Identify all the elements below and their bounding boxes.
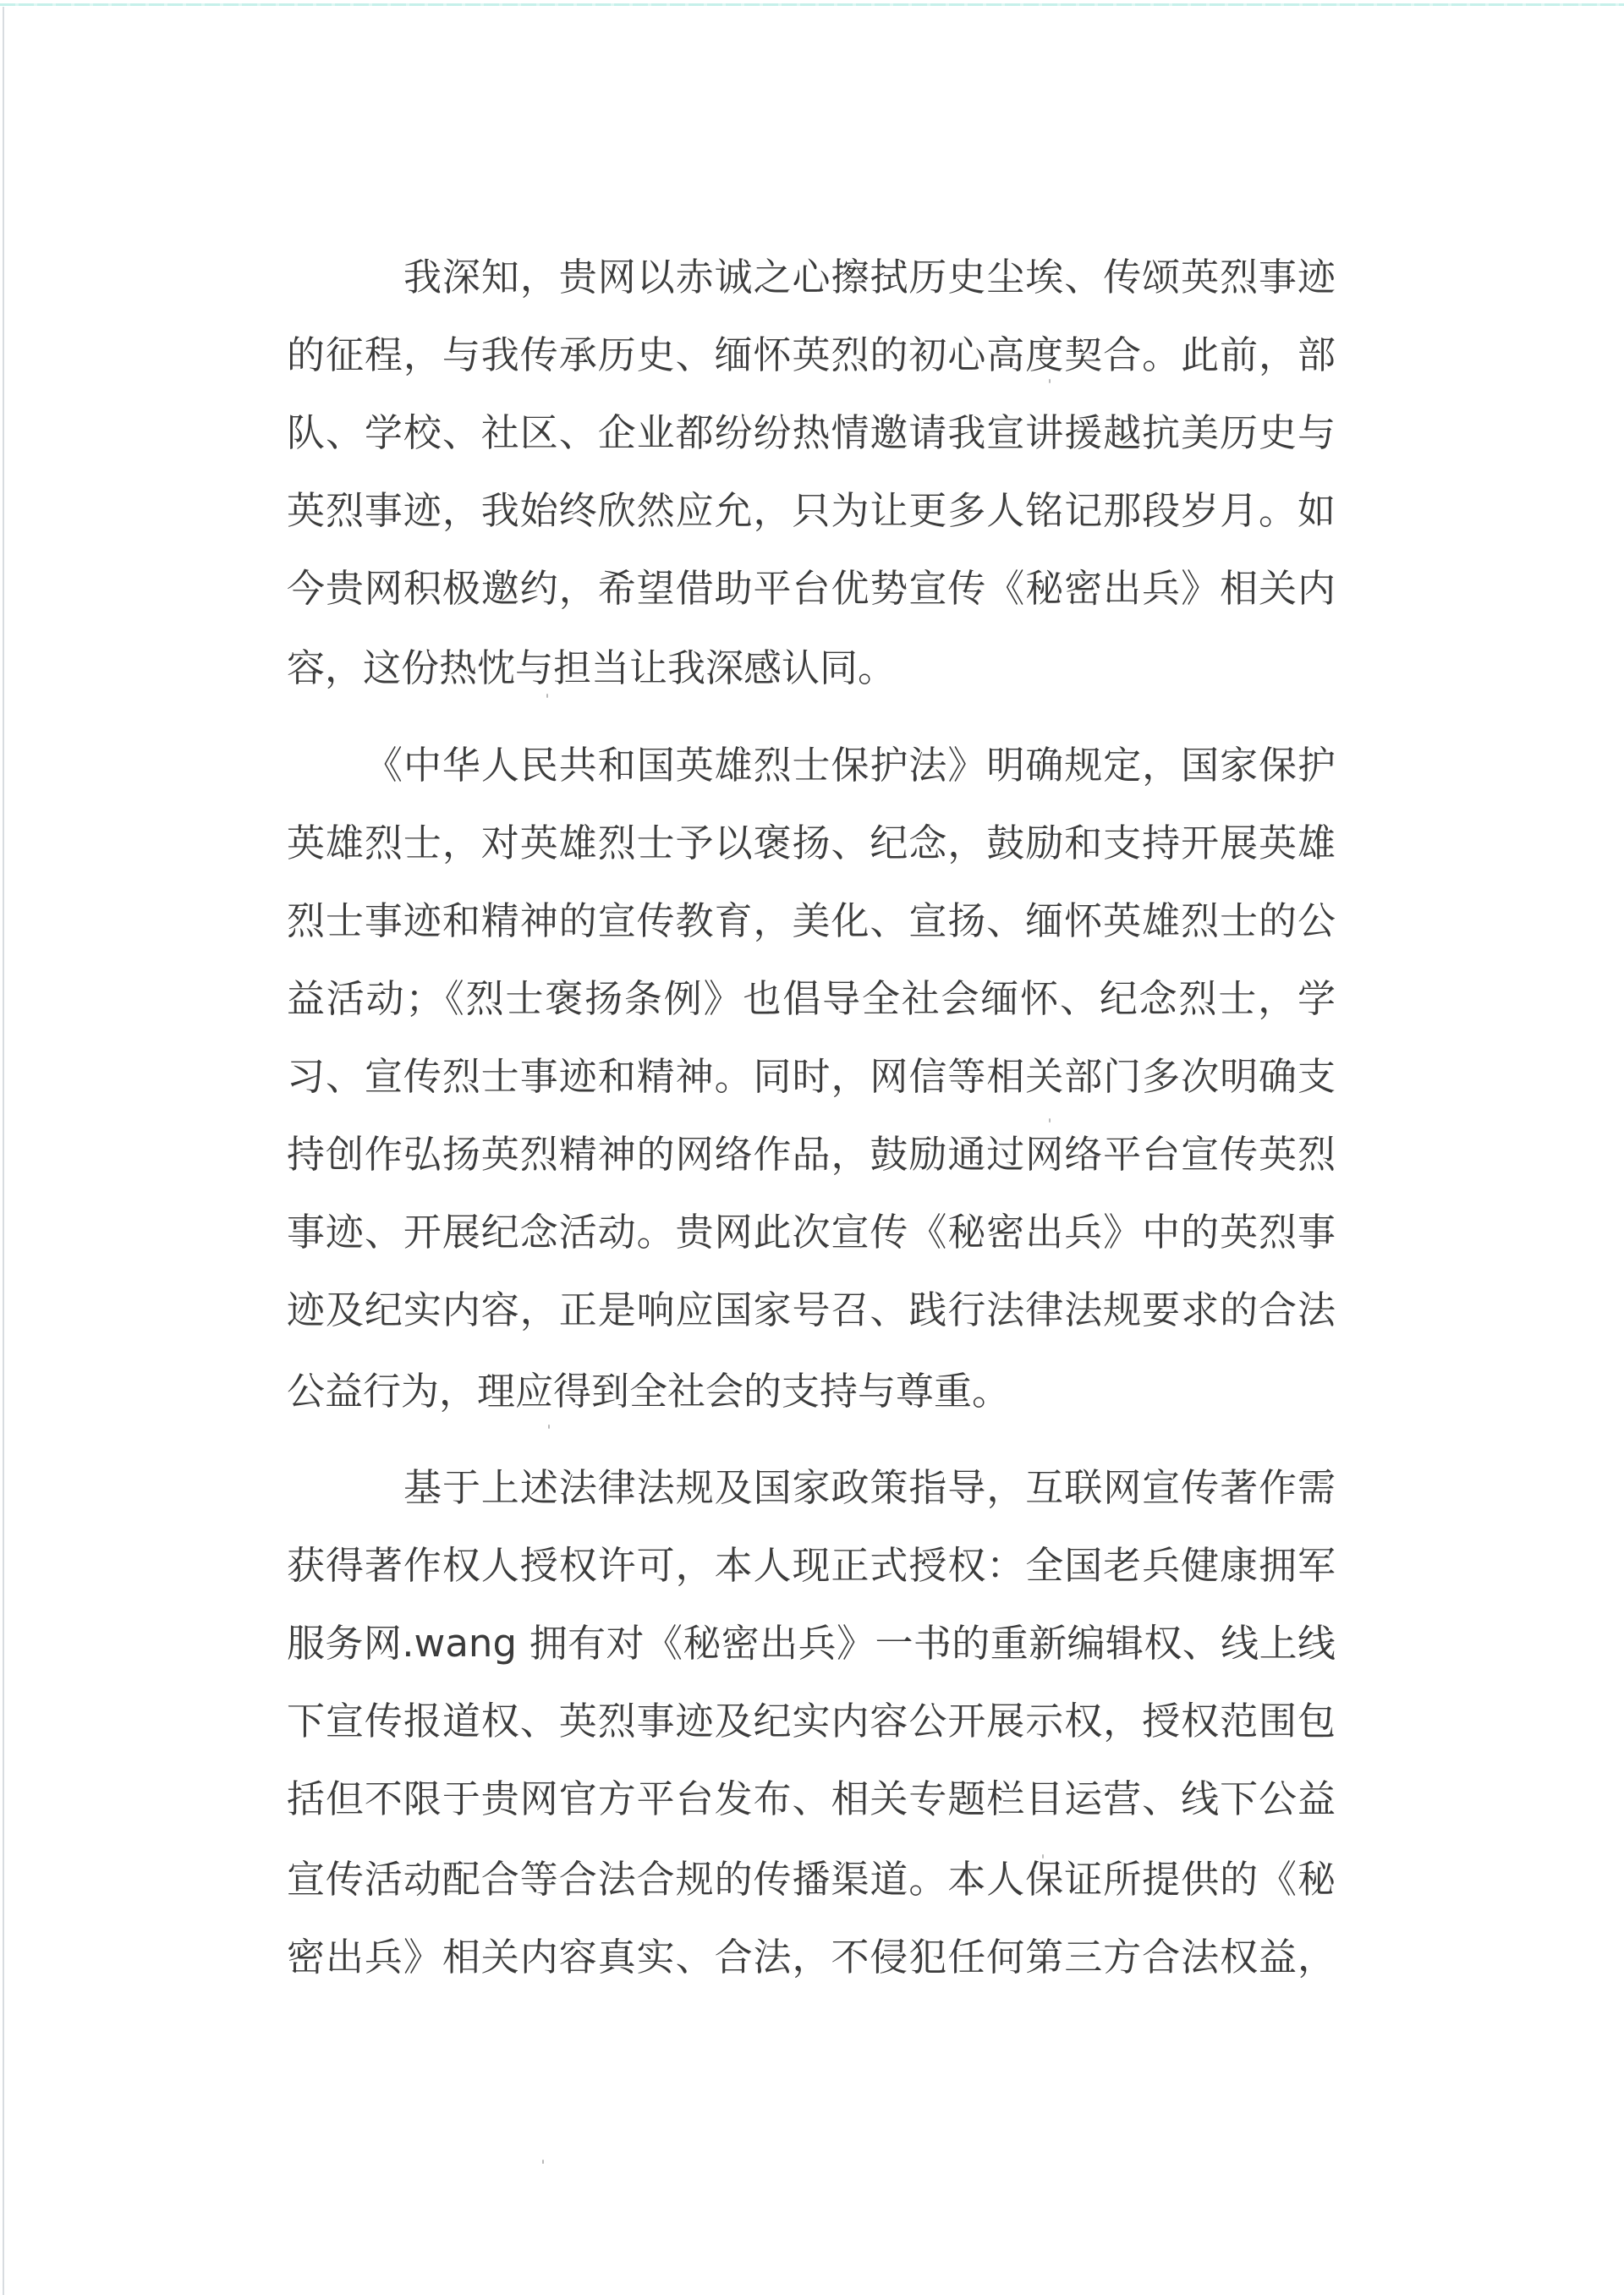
paragraph-line: 《中华人民共和国英雄烈士保护法》明确规定，国家保护 bbox=[365, 744, 1336, 788]
paragraph-line: 队、学校、社区、企业都纷纷热情邀请我宣讲援越抗美历史与 bbox=[287, 411, 1336, 455]
paragraph-line: 迹及纪实内容，正是响应国家号召、践行法律法规要求的合法 bbox=[287, 1288, 1336, 1332]
scan-speck bbox=[1049, 379, 1051, 383]
paragraph-line: 下宣传报道权、英烈事迹及纪实内容公开展示权，授权范围包 bbox=[287, 1699, 1336, 1743]
scan-speck bbox=[1042, 1854, 1044, 1859]
paragraph-line: 获得著作权人授权许可，本人现正式授权：全国老兵健康拥军 bbox=[287, 1544, 1336, 1588]
paragraph-line: 的征程，与我传承历史、缅怀英烈的初心高度契合。此前，部 bbox=[287, 333, 1336, 377]
paragraph-line: 益活动；《烈士褒扬条例》也倡导全社会缅怀、纪念烈士，学 bbox=[287, 977, 1336, 1021]
scan-speck bbox=[548, 1425, 550, 1429]
paragraph-line: 我深知，贵网以赤诚之心擦拭历史尘埃、传颂英烈事迹 bbox=[403, 255, 1336, 299]
paragraph-line: 习、宣传烈士事迹和精神。同时，网信等相关部门多次明确支 bbox=[287, 1055, 1336, 1099]
scanner-edge-line-left bbox=[3, 7, 4, 2295]
paragraph-line: 括但不限于贵网官方平台发布、相关专题栏目运营、线下公益 bbox=[287, 1777, 1336, 1821]
paragraph-line: 宣传活动配合等合法合规的传播渠道。本人保证所提供的《秘 bbox=[287, 1858, 1336, 1902]
paragraph-line: 今贵网积极邀约，希望借助平台优势宣传《秘密出兵》相关内 bbox=[287, 567, 1336, 611]
scan-speck bbox=[546, 694, 548, 698]
paragraph-line: 英烈事迹，我始终欣然应允，只为让更多人铭记那段岁月。如 bbox=[287, 489, 1336, 533]
paragraph-line: 公益行为，理应得到全社会的支持与尊重。 bbox=[287, 1370, 1336, 1414]
paragraph-line: 英雄烈士，对英雄烈士予以褒扬、纪念，鼓励和支持开展英雄 bbox=[287, 821, 1336, 865]
scan-speck bbox=[1049, 1118, 1051, 1123]
paragraph-line: 容，这份热忱与担当让我深感认同。 bbox=[287, 646, 1336, 690]
paragraph-line: 密出兵》相关内容真实、合法，不侵犯任何第三方合法权益， bbox=[287, 1935, 1336, 1979]
paragraph-line: 服务网.wang 拥有对《秘密出兵》一书的重新编辑权、线上线 bbox=[287, 1622, 1336, 1666]
paragraph-line: 基于上述法律法规及国家政策指导，互联网宣传著作需 bbox=[403, 1466, 1336, 1510]
scanner-edge-line-top bbox=[0, 3, 1624, 6]
paragraph-line: 事迹、开展纪念活动。贵网此次宣传《秘密出兵》中的英烈事 bbox=[287, 1211, 1336, 1255]
scan-speck bbox=[542, 2160, 544, 2164]
paragraph-line: 烈士事迹和精神的宣传教育，美化、宣扬、缅怀英雄烈士的公 bbox=[287, 899, 1336, 943]
paragraph-line: 持创作弘扬英烈精神的网络作品，鼓励通过网络平台宣传英烈 bbox=[287, 1133, 1336, 1177]
